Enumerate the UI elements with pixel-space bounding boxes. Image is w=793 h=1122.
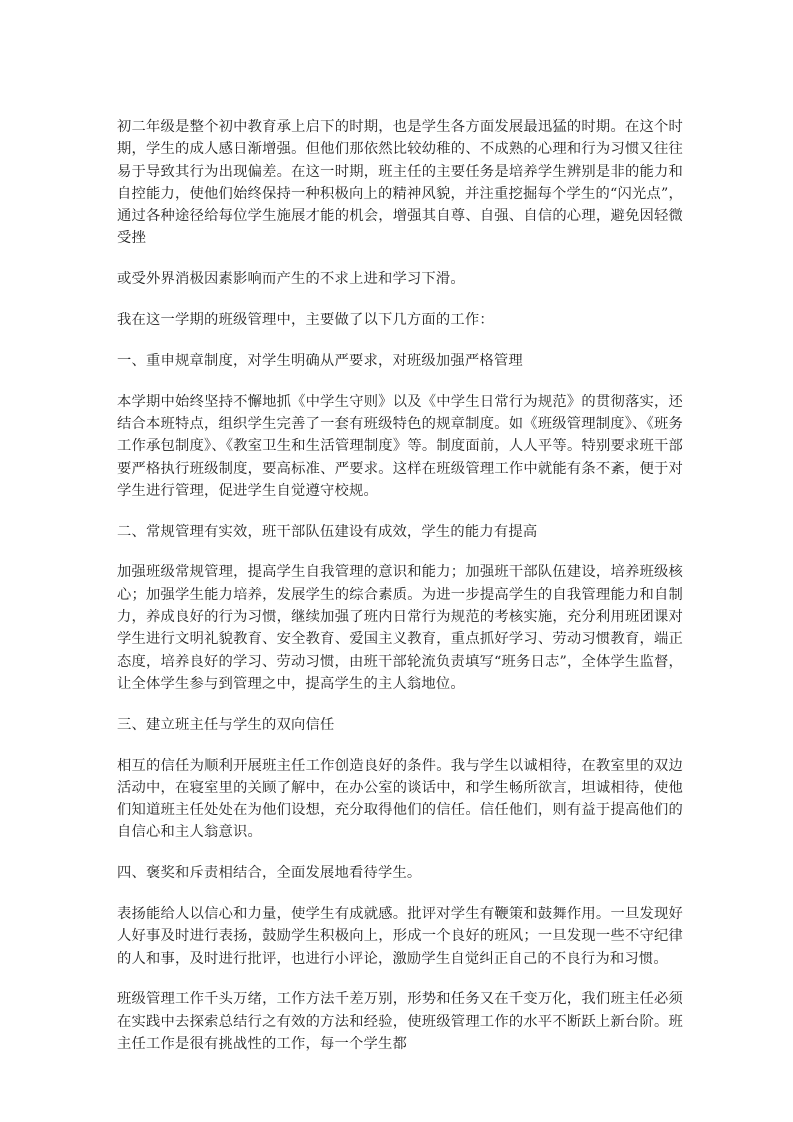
section-heading-2: 二、常规管理有实效，班干部队伍建设有成效，学生的能力有提高	[117, 521, 683, 543]
section-heading-1: 一、重申规章制度，对学生明确从严要求，对班级加强严格管理	[117, 350, 683, 372]
paragraph-overview: 我在这一学期的班级管理中，主要做了以下几方面的工作：	[117, 309, 683, 331]
paragraph-intro-continued: 或受外界消极因素影响而产生的不求上进和学习下滑。	[117, 268, 683, 290]
section-heading-4: 四、褒奖和斥责相结合，全面发展地看待学生。	[117, 862, 683, 884]
section-body-3: 相互的信任为顺利开展班主任工作创造良好的条件。我与学生以诚相待，在教室里的双边活…	[117, 755, 683, 844]
section-heading-3: 三、建立班主任与学生的双向信任	[117, 714, 683, 736]
paragraph-conclusion: 班级管理工作千头万绪，工作方法千差万别，形势和任务又在千变万化，我们班主任必须在…	[117, 988, 683, 1055]
section-body-1: 本学期中始终坚持不懈地抓《中学生守则》以及《中学生日常行为规范》的贯彻落实，还结…	[117, 391, 683, 502]
document-page: 初二年级是整个初中教育承上启下的时期，也是学生各方面发展最迅猛的时期。在这个时期…	[117, 116, 683, 1074]
section-body-2: 加强班级常规管理，提高学生自我管理的意识和能力；加强班干部队伍建设，培养班级核心…	[117, 561, 683, 695]
section-body-4: 表扬能给人以信心和力量，使学生有成就感。批评对学生有鞭策和鼓舞作用。一旦发现好人…	[117, 903, 683, 970]
paragraph-intro: 初二年级是整个初中教育承上启下的时期，也是学生各方面发展最迅猛的时期。在这个时期…	[117, 116, 683, 250]
